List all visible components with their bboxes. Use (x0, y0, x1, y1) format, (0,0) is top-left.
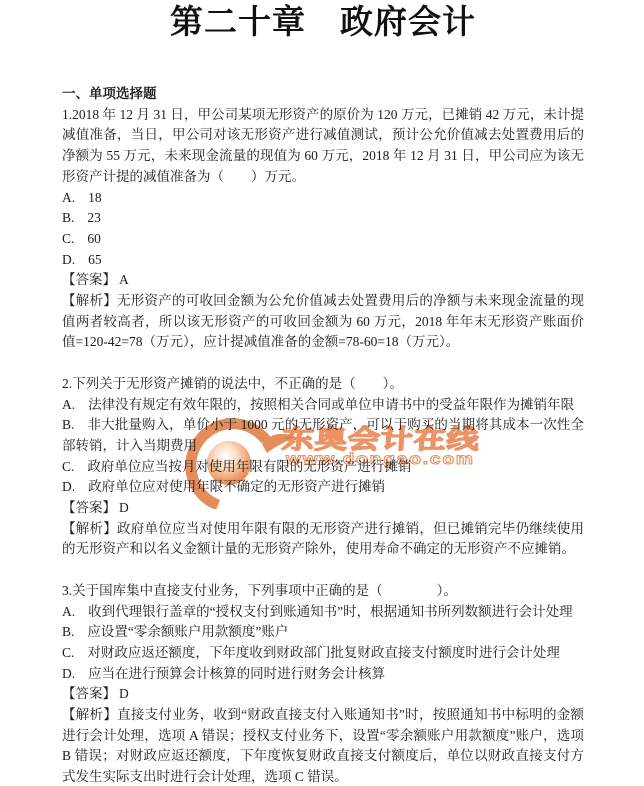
analysis-line: 【解析】直接支付业务，收到“财政直接支付入账通知书”时，按照通知书中标明的金额进… (62, 705, 584, 786)
option-text: 收到代理银行盖章的“授权支付到账通知书”时，根据通知书所列数额进行会计处理 (88, 604, 572, 619)
option-a: A.收到代理银行盖章的“授权支付到账通知书”时，根据通知书所列数额进行会计处理 (62, 602, 584, 623)
option-label: A. (62, 604, 75, 619)
option-label: B. (62, 210, 74, 225)
option-d: D.65 (62, 250, 584, 271)
option-text: 18 (88, 190, 102, 205)
option-label: B. (62, 417, 74, 432)
option-label: D. (62, 252, 75, 267)
answer-value: D (119, 686, 129, 701)
option-b: B.23 (62, 208, 584, 229)
answer-line: 【答案】D (62, 498, 584, 519)
option-text: 23 (87, 210, 101, 225)
option-label: C. (62, 231, 74, 246)
option-c: C.60 (62, 229, 584, 250)
option-text: 政府单位应对使用年限不确定的无形资产进行摊销 (88, 479, 385, 494)
option-b: B.非大批量购入，单价小于 1000 元的无形资产，可以于购买的当期将其成本一次… (62, 415, 584, 456)
answer-line: 【答案】D (62, 684, 584, 705)
option-label: A. (62, 397, 75, 412)
option-text: 65 (88, 252, 102, 267)
section-heading: 一、单项选择题 (62, 84, 584, 105)
option-text: 60 (87, 231, 101, 246)
answer-line: 【答案】A (62, 270, 584, 291)
question-block-2: 2.下列关于无形资产摊销的说法中，不正确的是（ ）。 A.法律没有规定有效年限的… (62, 374, 584, 560)
analysis-line: 【解析】政府单位应当对使用年限有限的无形资产进行摊销，但已摊销完毕仍继续使用的无… (62, 519, 584, 560)
option-label: B. (62, 624, 74, 639)
option-text: 应当在进行预算会计核算的同时进行财务会计核算 (88, 666, 385, 681)
option-text: 法律没有规定有效年限的，按照相关合同或单位申请书中的受益年限作为摊销年限 (88, 397, 574, 412)
analysis-label: 【解析】 (62, 707, 117, 722)
page-title: 第二十章 政府会计 (62, 0, 584, 42)
question-block-3: 3.关于国库集中直接支付业务，下列事项中正确的是（ ）。 A.收到代理银行盖章的… (62, 581, 584, 786)
analysis-text: 直接支付业务，收到“财政直接支付入账通知书”时，按照通知书中标明的金额进行会计处… (62, 707, 584, 784)
option-c: C.对财政应返还额度，下年度收到财政部门批复财政直接支付额度时进行会计处理 (62, 643, 584, 664)
option-b: B.应设置“零余额账户用款额度”账户 (62, 622, 584, 643)
option-label: D. (62, 666, 75, 681)
question-stem: 1.2018 年 12 月 31 日，甲公司某项无形资产的原价为 120 万元，… (62, 105, 584, 188)
option-label: D. (62, 479, 75, 494)
option-label: C. (62, 459, 74, 474)
answer-label: 【答案】 (62, 272, 116, 287)
analysis-label: 【解析】 (62, 521, 117, 536)
option-text: 政府单位应当按月对使用年限有限的无形资产进行摊销 (87, 459, 411, 474)
option-a: A.法律没有规定有效年限的，按照相关合同或单位申请书中的受益年限作为摊销年限 (62, 395, 584, 416)
analysis-text: 政府单位应当对使用年限有限的无形资产进行摊销，但已摊销完毕仍继续使用的无形资产和… (62, 521, 584, 557)
question-stem: 3.关于国库集中直接支付业务，下列事项中正确的是（ ）。 (62, 581, 584, 602)
answer-value: D (119, 500, 129, 515)
analysis-line: 【解析】无形资产的可收回金额为公允价值减去处置费用后的净额与未来现金流量的现值两… (62, 291, 584, 353)
option-label: A. (62, 190, 75, 205)
document-page: 第二十章 政府会计 一、单项选择题 1.2018 年 12 月 31 日，甲公司… (0, 0, 644, 786)
question-block-1: 1.2018 年 12 月 31 日，甲公司某项无形资产的原价为 120 万元，… (62, 105, 584, 353)
option-a: A.18 (62, 188, 584, 209)
option-text: 非大批量购入，单价小于 1000 元的无形资产，可以于购买的当期将其成本一次性全… (62, 417, 584, 453)
option-text: 对财政应返还额度，下年度收到财政部门批复财政直接支付额度时进行会计处理 (87, 645, 560, 660)
option-label: C. (62, 645, 74, 660)
option-d: D.政府单位应对使用年限不确定的无形资产进行摊销 (62, 477, 584, 498)
question-stem: 2.下列关于无形资产摊销的说法中，不正确的是（ ）。 (62, 374, 584, 395)
option-d: D.应当在进行预算会计核算的同时进行财务会计核算 (62, 664, 584, 685)
answer-value: A (119, 272, 129, 287)
analysis-label: 【解析】 (62, 293, 117, 308)
answer-label: 【答案】 (62, 500, 116, 515)
option-c: C.政府单位应当按月对使用年限有限的无形资产进行摊销 (62, 457, 584, 478)
answer-label: 【答案】 (62, 686, 116, 701)
analysis-text: 无形资产的可收回金额为公允价值减去处置费用后的净额与未来现金流量的现值两者较高者… (62, 293, 584, 349)
option-text: 应设置“零余额账户用款额度”账户 (87, 624, 288, 639)
